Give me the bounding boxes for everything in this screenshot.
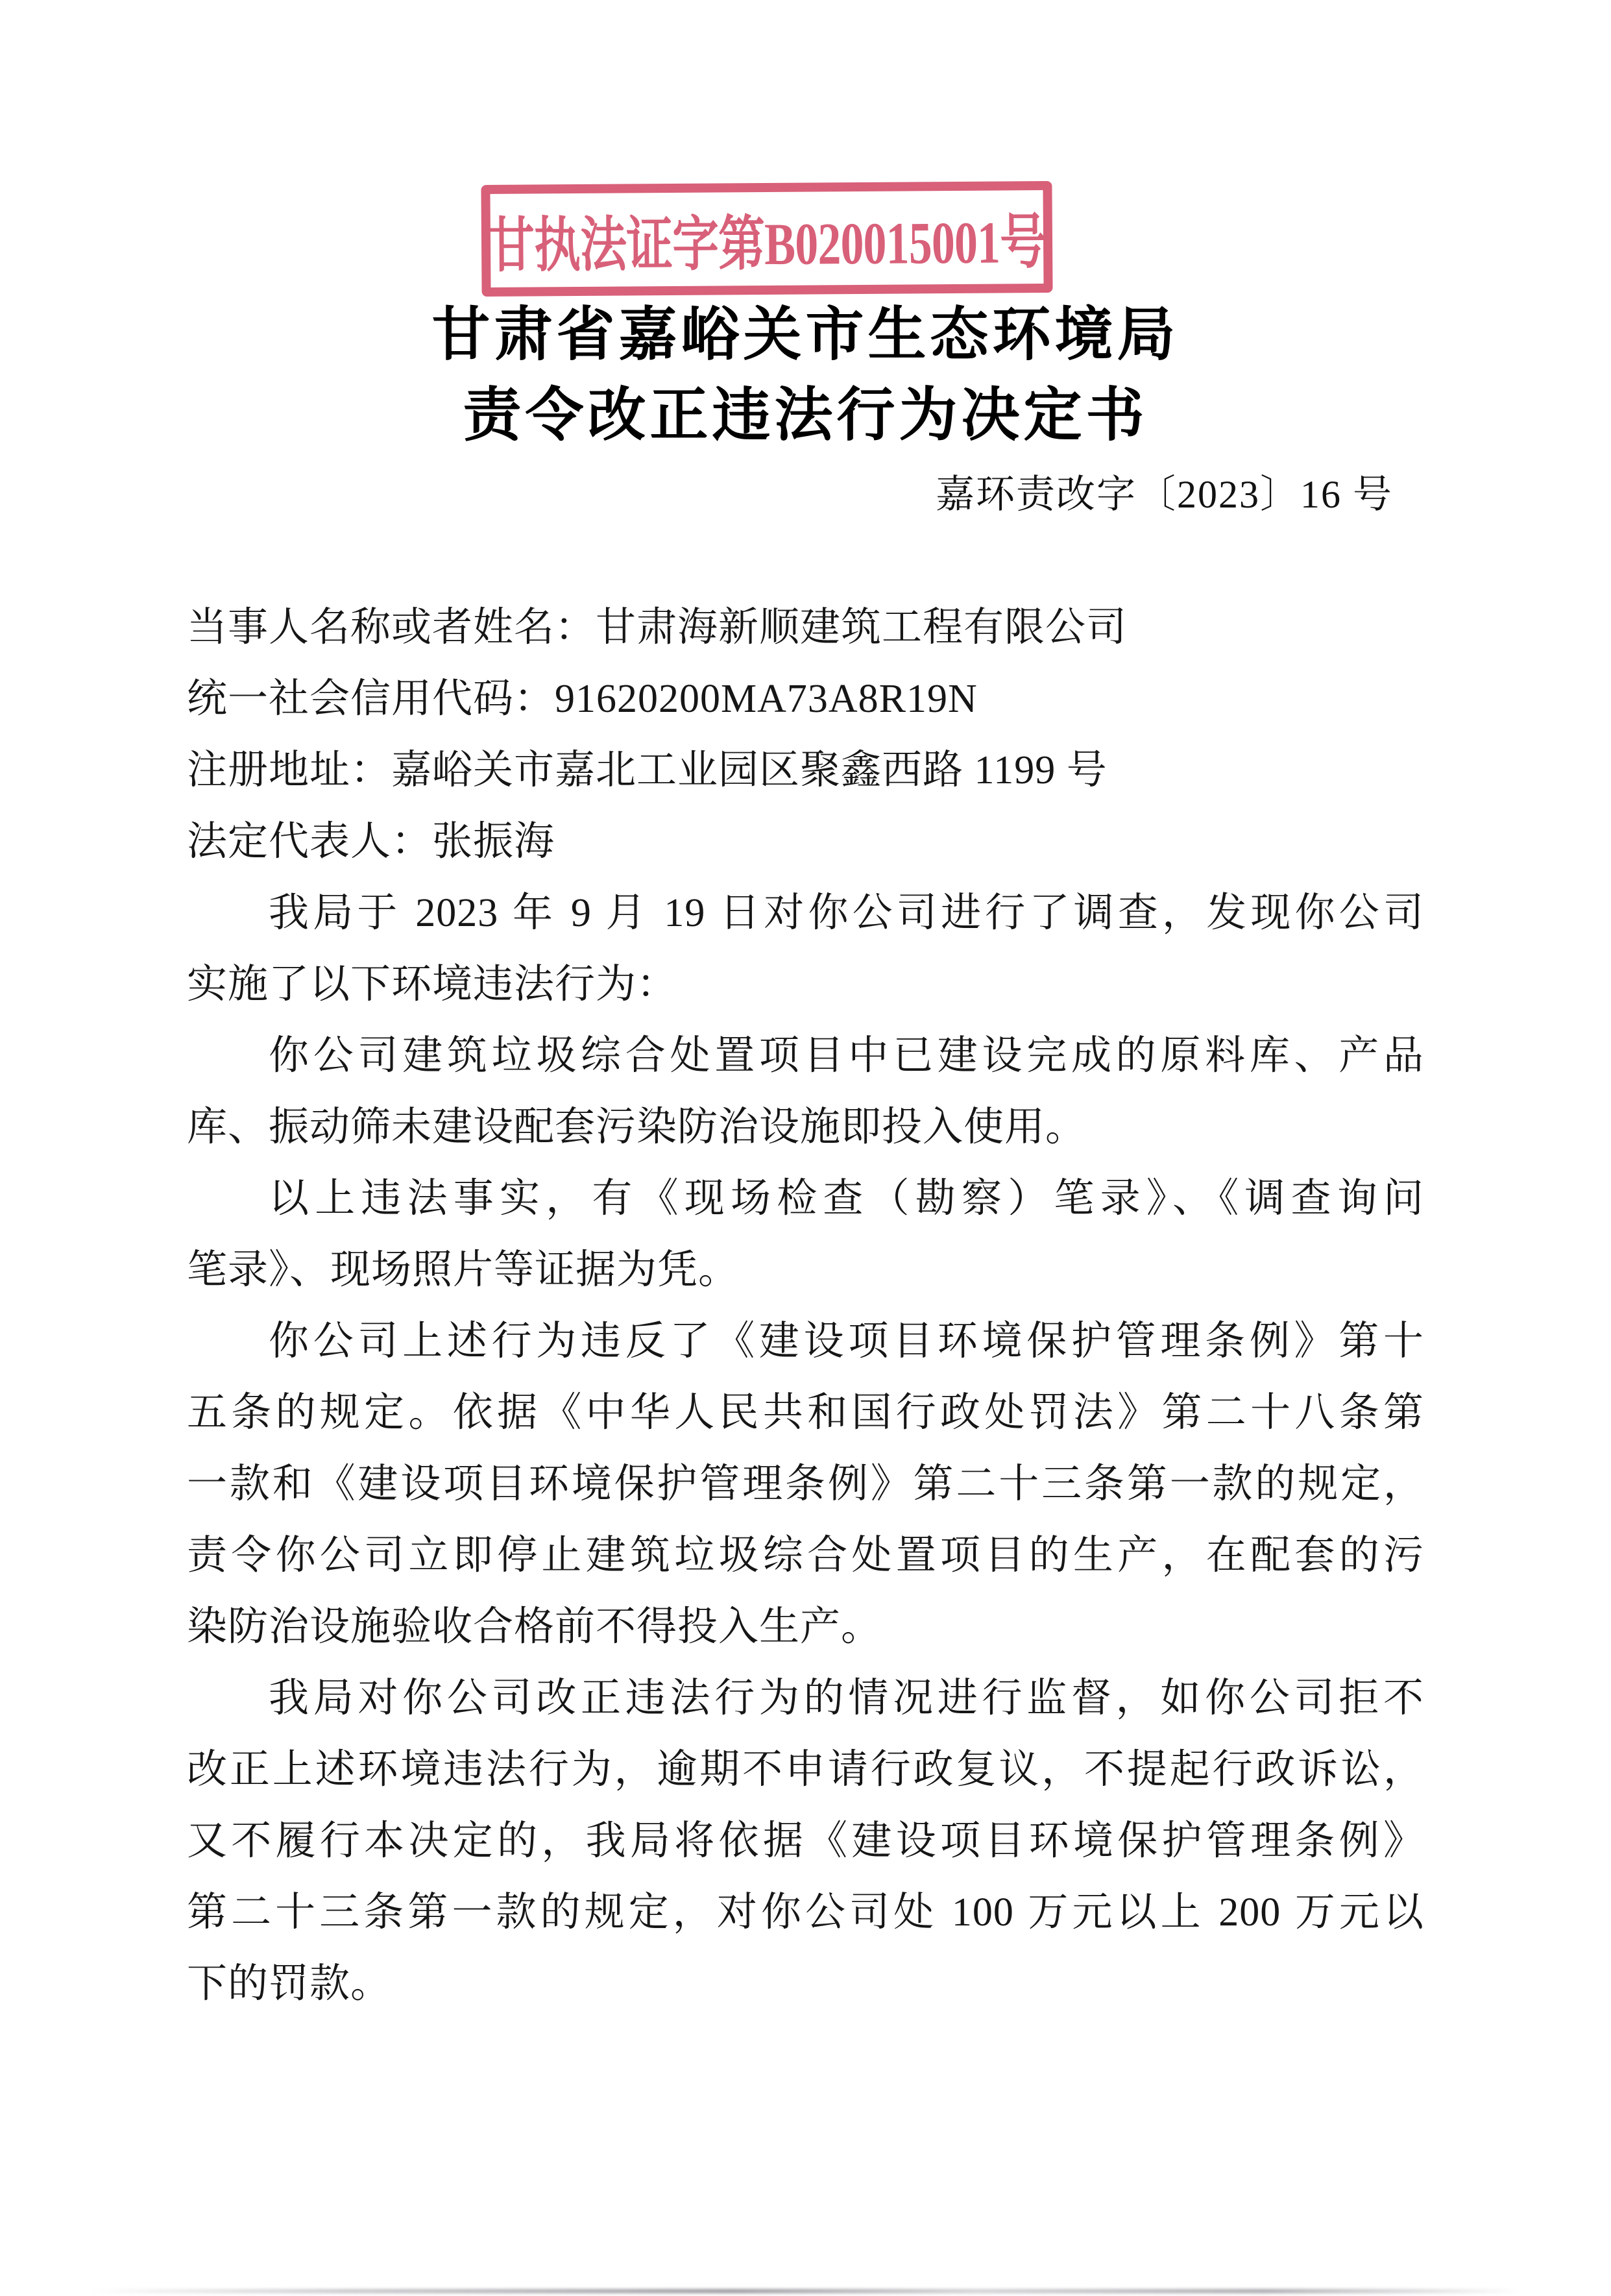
document-page: 甘执法证字第B020015001号 甘肃省嘉峪关市生态环境局 责令改正违法行为决…	[0, 0, 1611, 2296]
body-line: 五条的规定。依据《中华人民共和国行政处罚法》第二十八条第	[187, 1377, 1424, 1448]
body-line: 库、振动筛未建设配套污染防治设施即投入使用。	[187, 1092, 1424, 1163]
stamp-text: 甘执法证字第B020015001号	[488, 194, 1047, 284]
body-line: 我局于 2023 年 9 月 19 日对你公司进行了调查，发现你公司	[187, 877, 1424, 949]
body-line: 你公司建筑垃圾综合处置项目中已建设完成的原料库、产品	[187, 1020, 1424, 1092]
red-registration-stamp: 甘执法证字第B020015001号	[481, 181, 1052, 297]
title-line-2: 责令改正违法行为决定书	[0, 376, 1611, 456]
body-line: 以上违法事实，有《现场检查（勘察）笔录》、《调查询问	[187, 1163, 1424, 1234]
body-line: 实施了以下环境违法行为：	[187, 949, 1424, 1020]
body-line: 你公司上述行为违反了《建设项目环境保护管理条例》第十	[187, 1306, 1424, 1377]
body-line: 下的罚款。	[187, 1948, 1424, 2020]
body-line: 改正上述环境违法行为，逾期不申请行政复议，不提起行政诉讼，	[187, 1734, 1424, 1805]
body-line: 我局对你公司改正违法行为的情况进行监督，如你公司拒不	[187, 1663, 1424, 1734]
body-line: 一款和《建设项目环境保护管理条例》第二十三条第一款的规定，	[187, 1448, 1424, 1520]
body-line: 统一社会信用代码：91620200MA73A8R19N	[187, 663, 1424, 735]
body-line: 又不履行本决定的，我局将依据《建设项目环境保护管理条例》	[187, 1805, 1424, 1877]
title-line-1: 甘肃省嘉峪关市生态环境局	[0, 295, 1611, 376]
body-line: 注册地址：嘉峪关市嘉北工业园区聚鑫西路 1199 号	[187, 735, 1424, 806]
body-line: 染防治设施验收合格前不得投入生产。	[187, 1591, 1424, 1663]
document-number: 嘉环责改字〔2023〕16 号	[936, 469, 1393, 520]
body-line: 当事人名称或者姓名：甘肃海新顺建筑工程有限公司	[187, 592, 1424, 663]
body-line: 法定代表人：张振海	[187, 806, 1424, 877]
body-line: 责令你公司立即停止建筑垃圾综合处置项目的生产，在配套的污	[187, 1520, 1424, 1591]
scan-edge-artifact	[91, 2289, 1520, 2293]
body-line: 第二十三条第一款的规定，对你公司处 100 万元以上 200 万元以	[187, 1877, 1424, 1948]
document-title: 甘肃省嘉峪关市生态环境局 责令改正违法行为决定书	[0, 295, 1611, 456]
document-body: 当事人名称或者姓名：甘肃海新顺建筑工程有限公司统一社会信用代码：91620200…	[187, 592, 1424, 2020]
body-line: 笔录》、现场照片等证据为凭。	[187, 1234, 1424, 1306]
